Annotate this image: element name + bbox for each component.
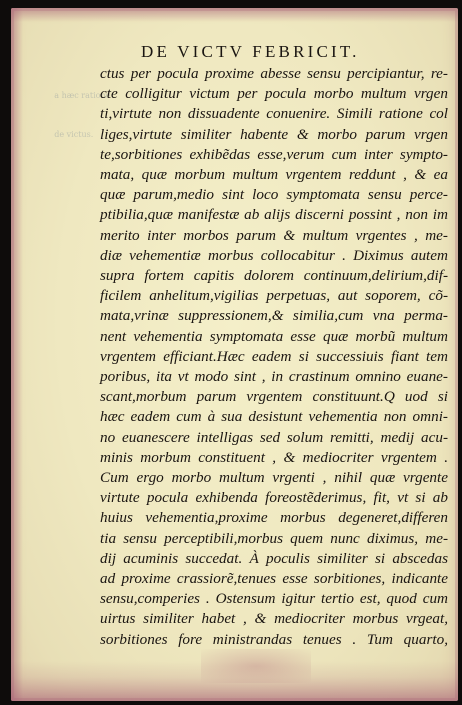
text-line: vrgentem efficiant.Hæc eadem si successi… xyxy=(100,347,448,367)
text-line: dij acuminis succedat. À poculis similit… xyxy=(100,549,448,569)
text-line: ad proxime crassiorẽ,tenues esse sorbiti… xyxy=(100,569,448,589)
text-line: ptibilia,quæ manifestæ ab alijs discerni… xyxy=(100,205,448,225)
running-header: DE VICTV FEBRICIT. xyxy=(141,42,441,62)
text-line: ctus per pocula proxime abesse sensu per… xyxy=(100,64,448,84)
text-line: liges,virtute similiter habente & morbo … xyxy=(100,125,448,145)
text-line: supra fortem capitis dolorem continuum,d… xyxy=(100,266,448,286)
text-line: poribus, ita vt modo sint , in crastinum… xyxy=(100,367,448,387)
text-line: merito inter morbos parum & multum vrgen… xyxy=(100,226,448,246)
text-line: cte colligitur victum per pocula morbo m… xyxy=(100,84,448,104)
text-line: quæ parum,medio sint loco symptomata sen… xyxy=(100,185,448,205)
text-line: diæ vehementiæ morbus collocabitur . Dix… xyxy=(100,246,448,266)
text-line: scant,morbum parum vrgentem constituunt.… xyxy=(100,387,448,407)
text-line: Cum ergo morbo multum vrgenti , nihil qu… xyxy=(100,468,448,488)
text-line: huius vehementia,proxime morbus degenere… xyxy=(100,508,448,528)
text-line: minis morbum constituent , & mediocriter… xyxy=(100,448,448,468)
body-text: ctus per pocula proxime abesse sensu per… xyxy=(100,64,458,650)
page-stain-left xyxy=(11,8,23,701)
text-line: ficilem anhelitum,vigilias perpetuas, au… xyxy=(100,286,448,306)
text-line: mata, quæ morbum multum vrgentem reddunt… xyxy=(100,165,448,185)
page-stain-blot xyxy=(201,649,311,683)
text-line: hæc eadem cum à sua desistunt vehementia… xyxy=(100,407,448,427)
page-stain-top xyxy=(11,8,458,22)
text-line: ti,virtute non dissuadente conuenire. Si… xyxy=(100,104,448,124)
show-through-line: de victus. xyxy=(54,130,93,139)
text-line: te,sorbitiones exhibẽdas esse,verum cum … xyxy=(100,145,448,165)
text-line: sensu,comperies . Ostensum igitur tertio… xyxy=(100,589,448,609)
text-line: mata,vrinæ suppressionem,& similia,cum v… xyxy=(100,306,448,326)
text-line: tia sensu perceptibili,morbus quem nunc … xyxy=(100,529,448,549)
text-line: virtute pocula exhibenda foreostẽderimus… xyxy=(100,488,448,508)
text-line: sorbitiones fore ministrandas tenues . T… xyxy=(100,630,448,650)
text-line: no euanescere intelligas sed solum remit… xyxy=(100,428,448,448)
scan-background: a hæc ratione de victus. DE VICTV FEBRIC… xyxy=(0,0,462,705)
book-page: a hæc ratione de victus. DE VICTV FEBRIC… xyxy=(11,8,458,701)
text-line: uirtus similiter habet , & mediocriter m… xyxy=(100,609,448,629)
text-line: nent vehementia symptomata esse quæ morb… xyxy=(100,327,448,347)
